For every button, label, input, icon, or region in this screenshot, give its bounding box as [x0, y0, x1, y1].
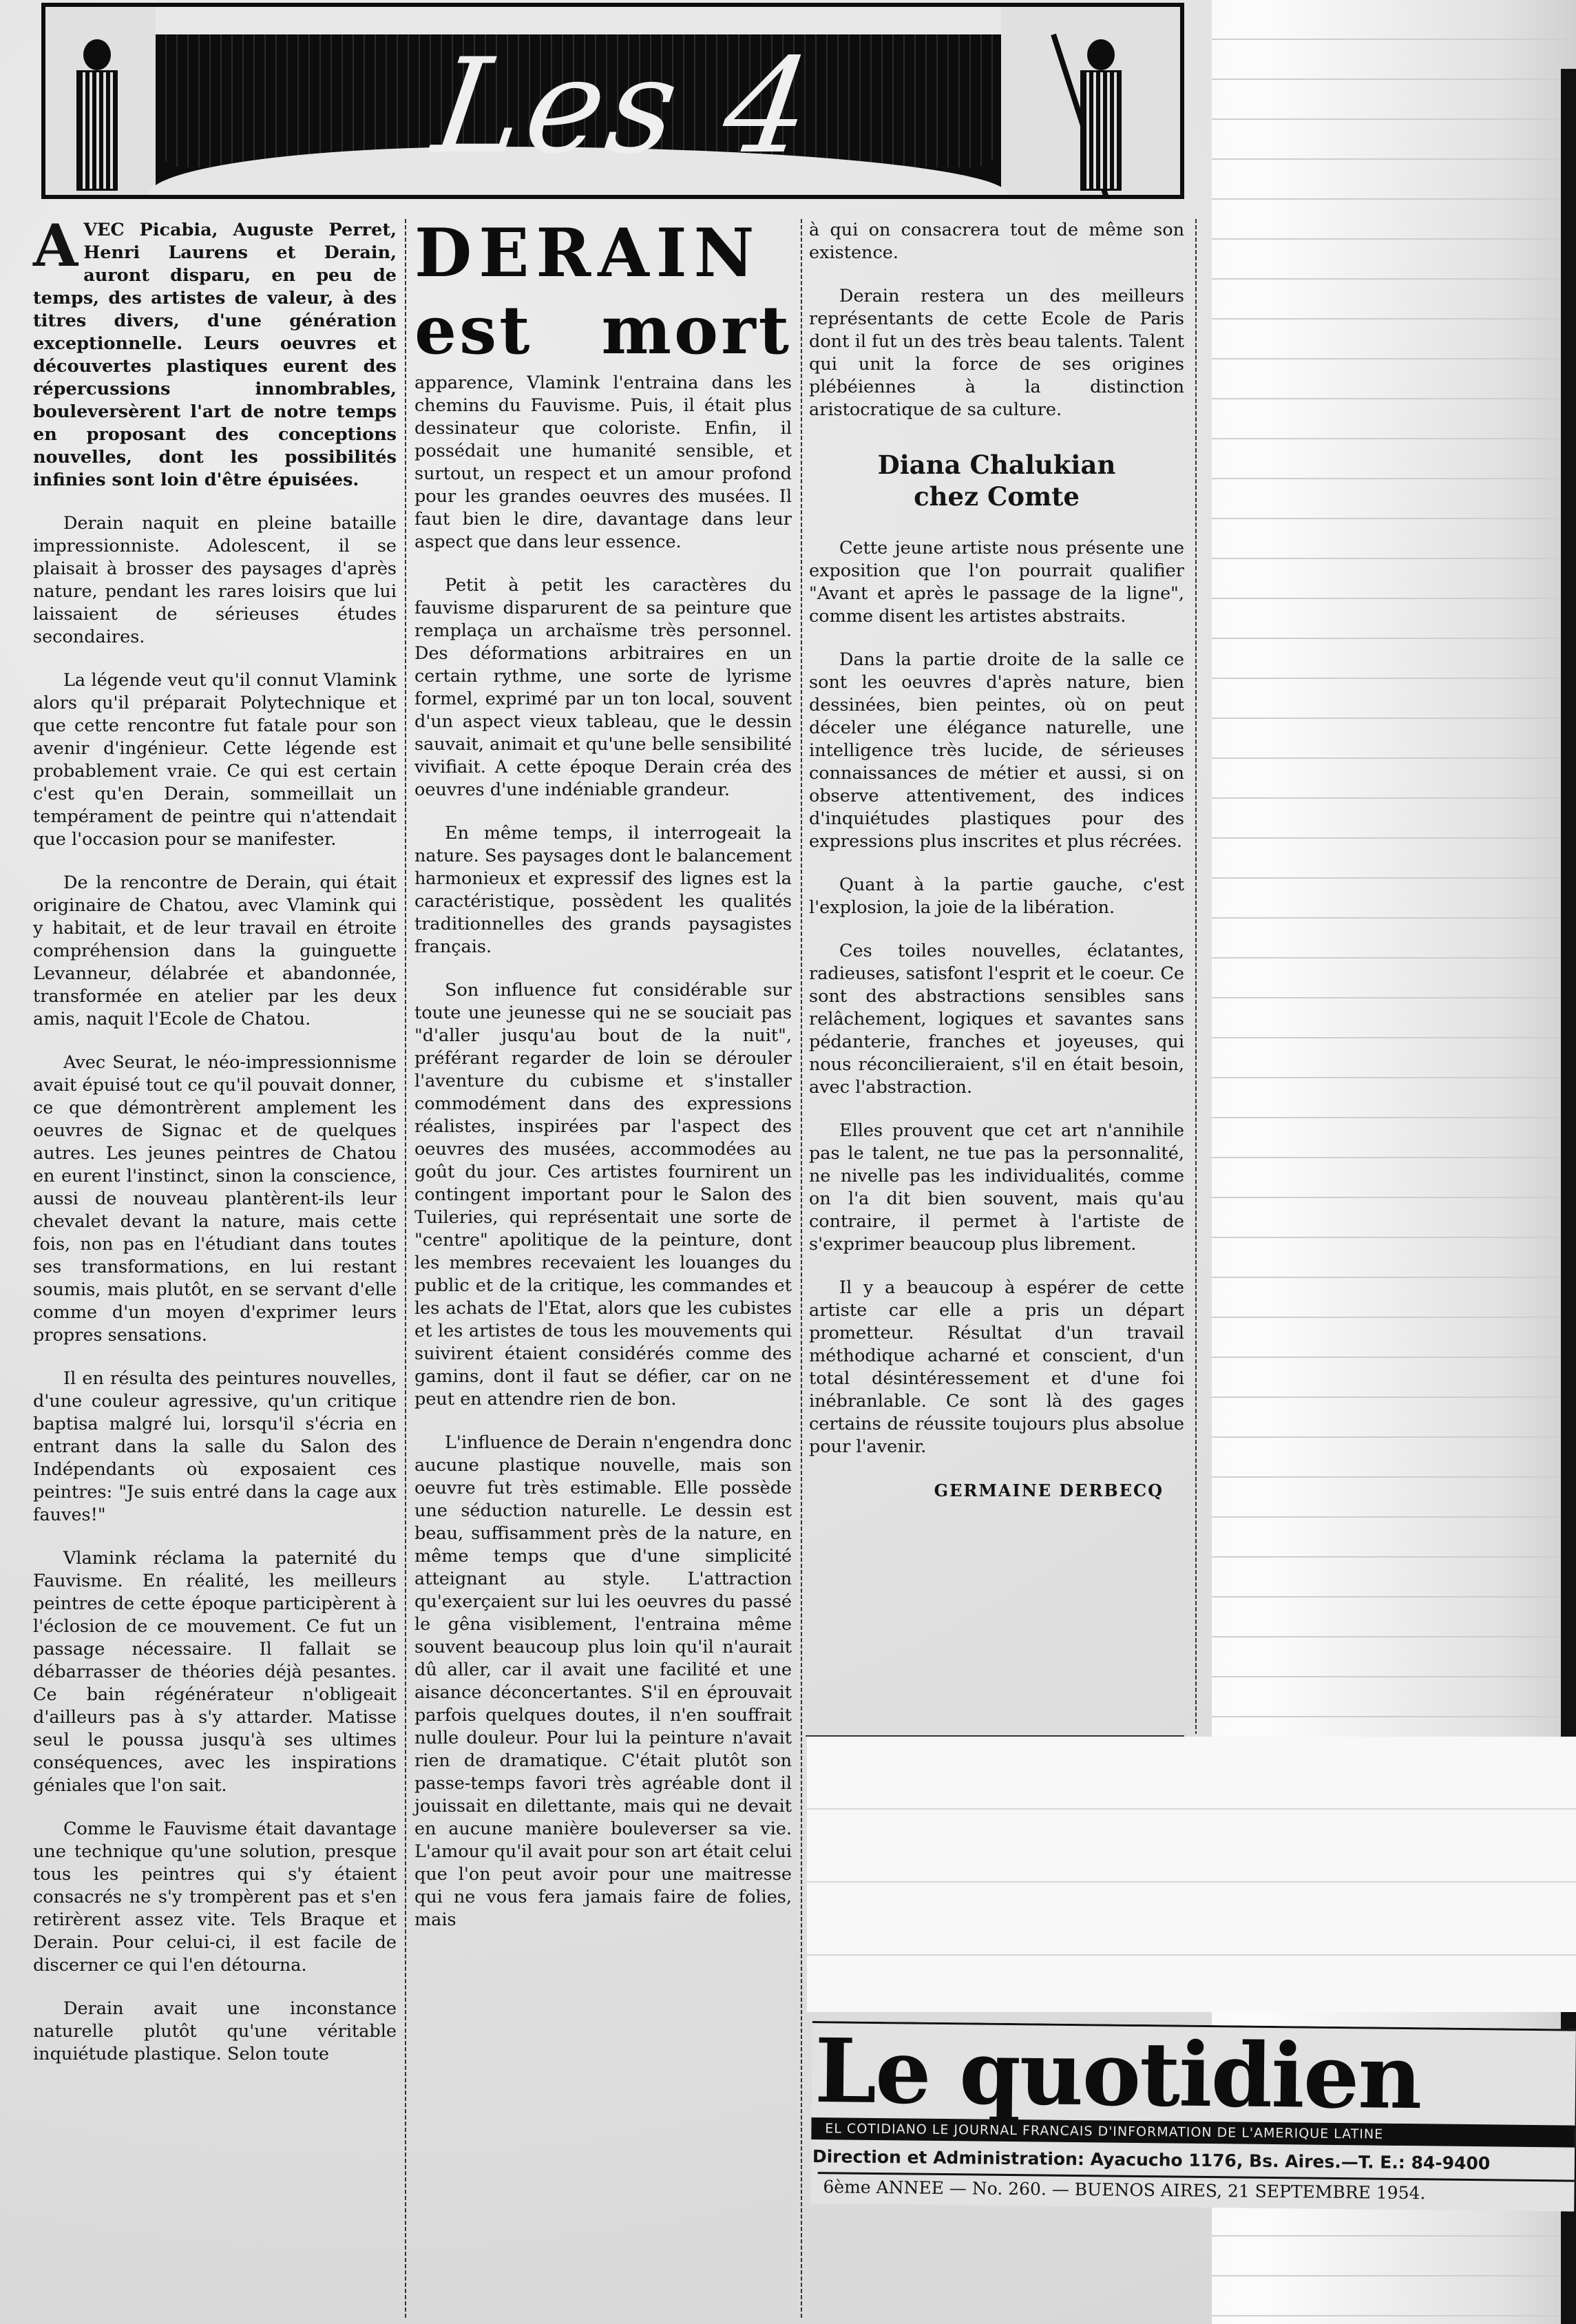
newspaper-masthead: Le quotidien EL COTIDIANO LE JOURNAL FRA…: [810, 2021, 1576, 2212]
article-paragraph: Derain restera un des meilleurs représen…: [809, 285, 1184, 421]
newspaper-tagline: EL COTIDIANO LE JOURNAL FRANCAIS D'INFOR…: [811, 2117, 1575, 2148]
newspaper-clipping: Les 4 z'arts AVEC Picabia, Auguste Perre…: [0, 0, 1212, 2324]
article-paragraph: Derain naquit en pleine bataille impress…: [33, 512, 397, 649]
article-box-rule: [806, 1735, 1184, 1737]
article-paragraph: Il y a beaucoup à espérer de cette artis…: [809, 1277, 1184, 1458]
ruled-paper-gap: [807, 1737, 1576, 2012]
article-paragraph: Comme le Fauvisme était davantage une te…: [33, 1818, 397, 1977]
article-paragraph: AVEC Picabia, Auguste Perret, Henri Laur…: [33, 219, 397, 492]
column-divider: [405, 219, 406, 2319]
article-paragraph: Dans la partie droite de la salle ce son…: [809, 649, 1184, 853]
article-paragraph: En même temps, il interrogeait la nature…: [414, 822, 792, 959]
newspaper-name: Le quotidien: [815, 2027, 1422, 2122]
article-byline: GERMAINE DERBECQ: [809, 1479, 1164, 1502]
article-column-3: à qui on consacrera tout de même son exi…: [809, 219, 1184, 1502]
newspaper-address: Direction et Administration: Ayacucho 11…: [812, 2146, 1491, 2173]
article-headline: DERAIN est mort: [414, 219, 792, 364]
section-title: Les 4 z'arts: [196, 28, 1032, 199]
article-paragraph: L'influence de Derain n'engendra donc au…: [414, 1432, 792, 1932]
article-paragraph: De la rencontre de Derain, qui était ori…: [33, 872, 397, 1031]
section-banner: Les 4 z'arts: [41, 3, 1184, 199]
article-subheadline: Diana Chalukian chez Comte: [809, 449, 1184, 512]
issue-date-line: 6ème ANNEE — No. 260. — BUENOS AIRES, 21…: [823, 2177, 1425, 2203]
article-derain-column-2: DERAIN est mort apparence, Vlamink l'ent…: [414, 219, 792, 1952]
figure-right-illustration: [1070, 39, 1132, 191]
article-paragraph: La légende veut qu'il connut Vlamink alo…: [33, 669, 397, 851]
column-divider: [1195, 219, 1197, 1734]
article-paragraph: Derain avait une inconstance naturelle p…: [33, 1998, 397, 2066]
article-derain-column-1: AVEC Picabia, Auguste Perret, Henri Laur…: [33, 219, 397, 2086]
article-paragraph: à qui on consacrera tout de même son exi…: [809, 219, 1184, 264]
column-divider: [801, 219, 802, 2319]
article-paragraph: apparence, Vlamink l'entraina dans les c…: [414, 372, 792, 554]
article-paragraph: Il en résulta des peintures nouvelles, d…: [33, 1368, 397, 1527]
figure-left-illustration: [66, 39, 128, 191]
article-paragraph: Elles prouvent que cet art n'annihile pa…: [809, 1120, 1184, 1256]
article-paragraph: Quant à la partie gauche, c'est l'explos…: [809, 874, 1184, 919]
article-paragraph: Petit à petit les caractères du fauvisme…: [414, 574, 792, 802]
article-paragraph: Cette jeune artiste nous présente une ex…: [809, 537, 1184, 628]
article-paragraph: Son influence fut considérable sur toute…: [414, 979, 792, 1411]
article-paragraph: Vlamink réclama la paternité du Fauvisme…: [33, 1547, 397, 1797]
article-paragraph: Ces toiles nouvelles, éclatantes, radieu…: [809, 940, 1184, 1099]
article-paragraph: Avec Seurat, le néo-impressionnisme avai…: [33, 1051, 397, 1347]
drop-cap: A: [33, 222, 78, 270]
